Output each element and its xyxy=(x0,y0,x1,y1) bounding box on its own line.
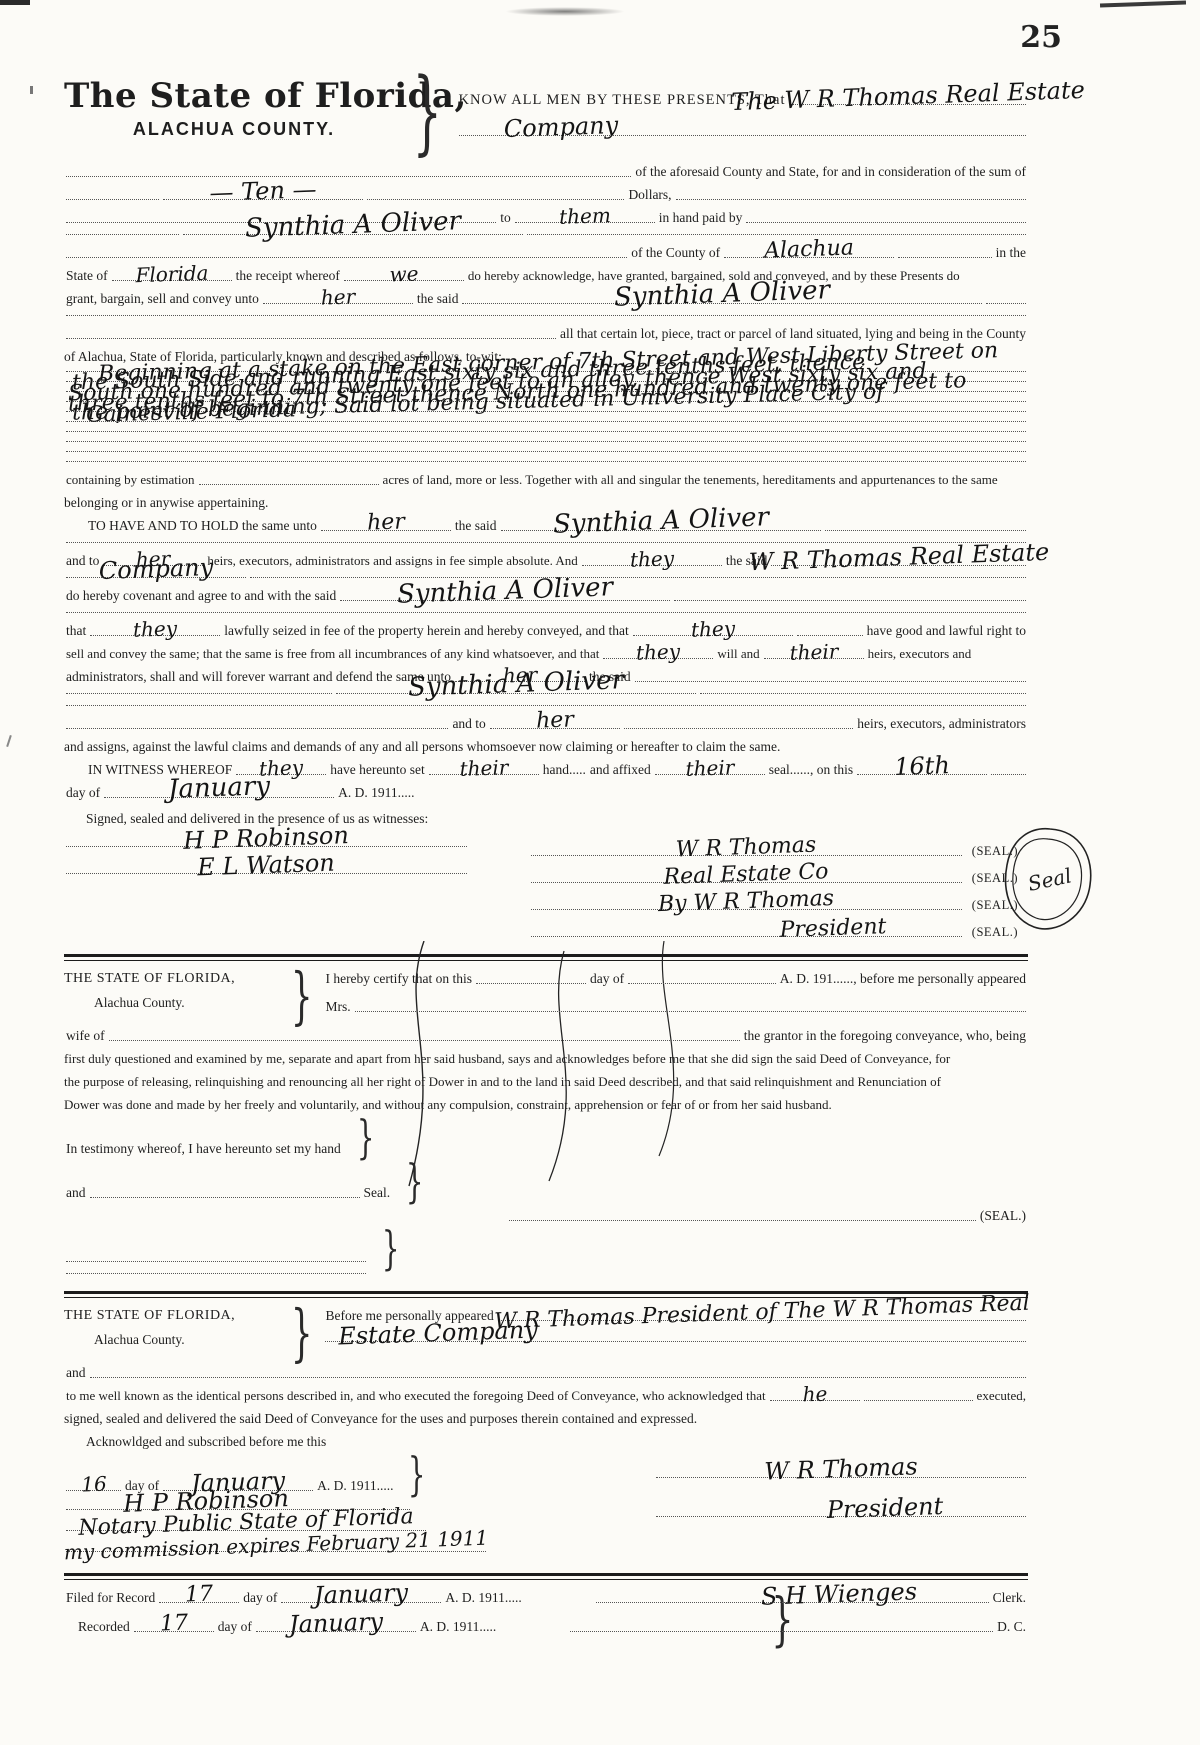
witness2-blank: E L Watson xyxy=(66,872,467,874)
heirs-text: heirs, executors, administrators and ass… xyxy=(205,553,579,569)
to-label: to xyxy=(498,210,513,226)
and-label: and xyxy=(64,1365,88,1381)
ack-text: Acknowldged and subscribed before me thi… xyxy=(64,1434,1028,1450)
form-line: (SEAL.) xyxy=(64,1208,1028,1224)
president-title-handwritten: President xyxy=(827,1494,944,1522)
form-line xyxy=(64,611,1028,616)
form-line xyxy=(64,1272,1028,1277)
that-label: that xyxy=(64,623,88,639)
seal-brace: } xyxy=(406,1164,424,1198)
form-line: containing by estimation acres of land, … xyxy=(64,472,1028,488)
testimony-text: In testimony whereof, I have hereunto se… xyxy=(64,1141,343,1157)
grantor-name-blank: The W R Thomas Real Estate xyxy=(790,103,1027,105)
header-left: The State of Florida, ALACHUA COUNTY. xyxy=(64,76,404,140)
seal-on-this-label: seal......, on this xyxy=(767,762,855,778)
notary2-state: THE STATE OF FLORIDA, xyxy=(64,1308,282,1324)
filed-day-handwritten: 17 xyxy=(185,1584,214,1607)
month-blank: January xyxy=(104,796,334,798)
filed-day-blank: 17 xyxy=(159,1601,239,1603)
form-line: — Ten — Dollars, xyxy=(64,187,1028,203)
tohave-grantee-blank: Synthia A Oliver xyxy=(501,529,821,531)
he-handwritten: he xyxy=(802,1384,827,1405)
form-line: I hereby certify that on this day of A. … xyxy=(323,971,1028,987)
header-brace: } xyxy=(413,76,442,148)
form-line: Synthia A Oliver xyxy=(64,692,1028,697)
dower-line2: the purpose of releasing, relinquishing … xyxy=(64,1074,1028,1090)
document-header: The State of Florida, ALACHUA COUNTY. } … xyxy=(64,0,1028,148)
sig4-blank: President xyxy=(531,935,962,937)
notary1-state: THE STATE OF FLORIDA, xyxy=(64,971,282,987)
dotted-rule xyxy=(66,1260,366,1262)
line-brace: } xyxy=(382,1231,400,1265)
dotted-rule xyxy=(66,440,1026,442)
scan-artifact xyxy=(1100,1,1186,8)
andto2-blank: her xyxy=(490,727,620,729)
dotted-rule xyxy=(476,982,586,984)
notary2-county: Alachua County. xyxy=(94,1332,282,1348)
sell-handwritten: they xyxy=(636,641,681,663)
seal-label: (SEAL.) xyxy=(964,897,1020,913)
dayof-label: day of xyxy=(216,1619,254,1635)
grantor-name-blank2: Company xyxy=(459,134,1026,136)
dotted-rule xyxy=(66,450,1026,452)
dotted-rule xyxy=(864,1399,973,1401)
grantor-signature3: By W R Thomas xyxy=(658,888,835,916)
ack-brace: } xyxy=(407,1457,425,1491)
tohave-grantee-handwritten: Synthia A Oliver xyxy=(552,504,769,538)
day-blank: 16th xyxy=(857,773,987,775)
dotted-rule xyxy=(797,634,863,636)
rec-month-handwritten: January xyxy=(288,1609,383,1636)
witness-blank3: their xyxy=(655,773,765,775)
form-line: President (SEAL.) xyxy=(529,924,1020,940)
form-line xyxy=(64,440,1028,445)
grantor-signature1: W R Thomas xyxy=(676,835,817,862)
notary1-venue: THE STATE OF FLORIDA, Alachua County. xyxy=(64,971,282,1011)
state-handwritten: Florida xyxy=(135,263,209,286)
in-hand-label: in hand paid by xyxy=(657,210,745,226)
form-line: day of January A. D. 1911..... xyxy=(64,785,1028,801)
notary2-right-column: W R Thomas President xyxy=(594,1450,1028,1555)
scan-artifact xyxy=(0,0,30,5)
month-handwritten: January xyxy=(168,773,271,803)
form-line: E L Watson xyxy=(64,872,469,877)
dotted-rule xyxy=(66,430,1026,432)
willand-blank: their xyxy=(764,657,864,659)
dotted-rule xyxy=(700,692,1026,694)
containing-label: containing by estimation xyxy=(64,472,197,488)
form-line: of the aforesaid County and State, for a… xyxy=(64,164,1028,180)
witness1-blank: H P Robinson xyxy=(66,845,467,847)
appeared-handwritten: W R Thomas President of The W R Thomas R… xyxy=(494,1293,1030,1334)
rec-day-handwritten: 17 xyxy=(159,1613,188,1636)
form-line: sell and convey the same; that the same … xyxy=(64,646,1028,662)
dower-line3: Dower was done and made by her freely an… xyxy=(64,1097,1028,1113)
clerk-sig-blank: S H Wienges xyxy=(596,1601,989,1603)
testimony-brace: } xyxy=(357,1120,375,1154)
notary2-venue: THE STATE OF FLORIDA, Alachua County. xyxy=(64,1308,282,1348)
scan-artifact xyxy=(6,735,12,747)
seized-text: lawfully seized in fee of the property h… xyxy=(222,623,630,639)
dotted-rule xyxy=(66,611,1026,613)
dotted-rule xyxy=(66,337,556,339)
willand-handwritten: their xyxy=(789,641,838,663)
county-subtitle: ALACHUA COUNTY. xyxy=(64,119,404,140)
agree-grantee-handwritten: Synthia A Oliver xyxy=(397,574,614,608)
warrant-text: administrators, shall and will forever w… xyxy=(64,669,453,685)
the-said-label: the said xyxy=(415,291,461,307)
form-line: my commission expires February 21 1911 xyxy=(64,1550,594,1555)
form-line: Synthia A Oliver xyxy=(64,233,1028,238)
section-divider xyxy=(64,954,1028,961)
ack-day-handwritten: 16 xyxy=(80,1474,106,1495)
dotted-rule xyxy=(570,1630,993,1632)
witness-handwritten2: their xyxy=(459,757,508,779)
form-line: TO HAVE AND TO HOLD the same unto her th… xyxy=(64,518,1028,534)
rec-month-blank: January xyxy=(256,1630,416,1632)
seal-label: (SEAL.) xyxy=(964,870,1020,886)
said-grantee-blank: Synthia A Oliver xyxy=(462,302,982,304)
seal-word-label: Seal. xyxy=(362,1185,393,1201)
grantor2-blank: W R Thomas Real Estate xyxy=(771,564,1026,566)
document-title: The State of Florida, xyxy=(64,76,404,116)
dower-line1: first duly questioned and examined by me… xyxy=(64,1051,1028,1067)
form-line xyxy=(64,314,1028,319)
dayof-label: day of xyxy=(241,1590,279,1606)
signed-text: signed, sealed and delivered the said De… xyxy=(64,1411,1028,1427)
receipt-handwritten: we xyxy=(389,264,419,285)
and-blank: they xyxy=(582,564,722,566)
dotted-rule xyxy=(635,680,1026,682)
form-line: Mrs. xyxy=(323,999,1028,1015)
known-text: to me well known as the identical person… xyxy=(64,1388,768,1404)
dotted-rule xyxy=(355,1010,1026,1012)
sig3-blank: By W R Thomas xyxy=(531,908,962,910)
paid-to-blank: them xyxy=(515,221,655,223)
grantor-company-handwritten: Company xyxy=(503,113,618,141)
page-number: 25 xyxy=(1020,20,1062,55)
deed-document-page: 25 The State of Florida, ALACHUA COUNTY.… xyxy=(0,0,1200,1745)
dayof-label: day of xyxy=(588,971,626,987)
scan-artifact xyxy=(505,7,625,16)
agree-grantee-blank: Synthia A Oliver xyxy=(340,599,670,601)
seal-label: (SEAL.) xyxy=(978,1208,1028,1224)
dotted-rule xyxy=(746,221,1026,223)
form-line: W R Thomas xyxy=(654,1476,1028,1481)
grantor-signatures: W R Thomas (SEAL.) Real Estate Co (SEAL.… xyxy=(529,831,1028,940)
form-line xyxy=(64,430,1028,435)
grant-text: grant, bargain, sell and convey unto xyxy=(64,291,261,307)
president-signature: W R Thomas xyxy=(764,1454,918,1483)
dotted-rule xyxy=(66,692,332,694)
and-handwritten: they xyxy=(629,548,674,570)
form-line xyxy=(64,460,1028,465)
aforesaid-text: of the aforesaid County and State, for a… xyxy=(633,164,1028,180)
tohave-text: TO HAVE AND TO HOLD the same unto xyxy=(86,518,319,534)
andto-label: and to xyxy=(64,553,101,569)
certify-text: I hereby certify that on this xyxy=(323,971,474,987)
dotted-rule xyxy=(66,175,631,177)
dayof-label: day of xyxy=(64,785,102,801)
sig2-blank: Real Estate Co xyxy=(531,881,962,883)
witness-signatures: H P Robinson E L Watson xyxy=(64,831,529,940)
dotted-rule xyxy=(66,314,1026,316)
said-grantee-handwritten: Synthia A Oliver xyxy=(614,277,831,311)
form-line: do hereby covenant and agree to and with… xyxy=(64,588,1028,604)
amount-handwritten: — Ten — xyxy=(210,177,318,205)
right-blank: they xyxy=(633,634,793,636)
form-line: W R Thomas (SEAL.) xyxy=(529,843,1020,859)
affixed-label: and affixed xyxy=(588,762,653,778)
seal-label: (SEAL.) xyxy=(964,924,1020,940)
notary1-county: Alachua County. xyxy=(94,995,282,1011)
right-text: have good and lawful right to xyxy=(865,623,1028,639)
form-line: State of Florida the receipt whereof we … xyxy=(64,268,1028,284)
seal-label: (SEAL.) xyxy=(964,843,1020,859)
form-line: Real Estate Co (SEAL.) xyxy=(529,870,1020,886)
day-handwritten: 16th xyxy=(894,753,950,779)
warrant-grantee-blank: Synthia A Oliver xyxy=(336,692,696,694)
unto-blank: her xyxy=(263,302,413,304)
form-line: that they lawfully seized in fee of the … xyxy=(64,623,1028,639)
clerk-label: Clerk. xyxy=(991,1590,1028,1606)
hand-label: hand..... xyxy=(541,762,588,778)
grantor-clause-text: the grantor in the foregoing conveyance,… xyxy=(742,1028,1028,1044)
dotted-rule xyxy=(624,727,853,729)
notary2-brace: } xyxy=(291,1308,313,1358)
form-line: and Seal. } xyxy=(64,1164,1028,1201)
notary2-left-column: 16 day of January A. D. 1911..... } H P … xyxy=(64,1450,594,1555)
filed-label: Filed for Record xyxy=(64,1590,157,1606)
form-line: Estate Company xyxy=(323,1340,1028,1345)
dotted-rule xyxy=(66,256,627,258)
county-blank: Alachua xyxy=(724,256,894,258)
dotted-rule xyxy=(986,302,1026,304)
acres-text: acres of land, more or less. Together wi… xyxy=(381,472,1000,488)
appeared2-blank: Estate Company xyxy=(325,1340,1026,1342)
description-line: Gainesville Florida xyxy=(64,420,1028,425)
dotted-rule xyxy=(825,529,1027,531)
form-line: to them in hand paid by xyxy=(64,210,1028,226)
form-line: all that certain lot, piece, tract or pa… xyxy=(64,326,1028,342)
scan-artifact xyxy=(30,86,33,94)
dotted-rule xyxy=(66,727,448,729)
andto2-handwritten: her xyxy=(536,709,574,732)
sell-blank: they xyxy=(603,657,713,659)
form-line xyxy=(64,450,1028,455)
president-sig-blank: W R Thomas xyxy=(656,1476,1026,1478)
witness-handwritten3: their xyxy=(685,757,734,779)
ad-label: A. D. 1911..... xyxy=(336,785,416,801)
amount-blank: — Ten — xyxy=(163,198,363,200)
ad-label: A. D. 1911..... xyxy=(443,1590,523,1606)
dotted-rule xyxy=(527,233,1026,235)
agree-text: do hereby covenant and agree to and with… xyxy=(64,588,338,604)
company-handwritten: Company xyxy=(98,555,213,583)
notary2-tail: 16 day of January A. D. 1911..... } H P … xyxy=(64,1450,1028,1555)
grantee-blank: Synthia A Oliver xyxy=(183,233,523,235)
dotted-rule xyxy=(250,576,1026,578)
clerk-signature: S H Wienges xyxy=(761,1579,918,1608)
the-said-label: the said xyxy=(453,518,499,534)
ack-day-blank: 16 xyxy=(66,1489,121,1491)
willand-label: will and xyxy=(715,646,761,662)
mrs-label: Mrs. xyxy=(323,999,352,1015)
dotted-rule xyxy=(628,982,776,984)
executed-label: executed, xyxy=(975,1388,1028,1404)
ad-appeared-text: A. D. 191......, before me personally ap… xyxy=(778,971,1028,987)
rec-day-blank: 17 xyxy=(134,1630,214,1632)
wifeof-label: wife of xyxy=(64,1028,107,1044)
dotted-rule xyxy=(66,233,179,235)
filed-month-blank: January xyxy=(281,1601,441,1603)
notary-dower-block: THE STATE OF FLORIDA, Alachua County. } … xyxy=(64,971,1028,1277)
form-line: Filed for Record 17 day of January A. D.… xyxy=(64,1590,1028,1606)
dotted-rule xyxy=(66,704,1026,706)
grantee-handwritten: Synthia A Oliver xyxy=(245,208,462,242)
claims-text: and assigns, against the lawful claims a… xyxy=(64,739,1028,755)
right-handwritten: they xyxy=(690,618,735,640)
seized-blank: they xyxy=(90,634,220,636)
dotted-rule xyxy=(66,1272,366,1274)
dotted-rule xyxy=(898,256,992,258)
dotted-rule xyxy=(109,1039,740,1041)
dotted-rule xyxy=(676,198,1026,200)
heirs2-text: heirs, executors and xyxy=(866,646,974,662)
belonging-text: belonging or in anywise appertaining. xyxy=(64,495,1028,511)
dotted-rule xyxy=(90,1376,1027,1378)
andto2-label: and to xyxy=(450,716,487,732)
form-line: President xyxy=(654,1515,1028,1520)
grantor-name-handwritten: The W R Thomas Real Estate xyxy=(731,78,1085,114)
form-line: } xyxy=(64,1231,1028,1265)
appeared-blank: W R Thomas President of The W R Thomas R… xyxy=(498,1319,1026,1321)
form-line: to me well known as the identical person… xyxy=(64,1388,1028,1404)
seized-handwritten: they xyxy=(133,618,178,640)
signature-block: H P Robinson E L Watson W R Thomas (SEAL… xyxy=(64,831,1028,940)
state-of-label: State of xyxy=(64,268,110,284)
warrant-grantee-handwritten: Synthia A Oliver xyxy=(408,667,625,701)
witness-blank2: their xyxy=(429,773,539,775)
tohave-handwritten: her xyxy=(367,511,405,534)
form-line: and to her heirs, executors, administrat… xyxy=(64,716,1028,732)
ad-label: A. D. 1911..... xyxy=(315,1478,395,1494)
unto-handwritten: her xyxy=(320,286,355,307)
dotted-rule xyxy=(199,483,379,485)
form-line: Recorded 17 day of January A. D. 1911...… xyxy=(64,1619,1028,1635)
form-line: and xyxy=(64,1365,1028,1381)
notary-corporate-block: THE STATE OF FLORIDA, Alachua County. } … xyxy=(64,1308,1028,1555)
he-blank: he xyxy=(770,1399,860,1401)
dotted-rule xyxy=(66,460,1026,462)
state-blank: Florida xyxy=(112,279,232,281)
grantor-signature2: Real Estate Co xyxy=(664,861,830,889)
filed-month-handwritten: January xyxy=(314,1580,409,1607)
dotted-rule xyxy=(66,198,159,200)
receipt-blank: we xyxy=(344,279,464,281)
sell-text: sell and convey the same; that the same … xyxy=(64,646,601,662)
commission-blank: my commission expires February 21 1911 xyxy=(66,1550,486,1552)
appeared2-handwritten: Estate Company xyxy=(337,1318,537,1349)
form-line: grant, bargain, sell and convey unto her… xyxy=(64,291,1028,307)
dotted-rule xyxy=(367,198,624,200)
dotted-rule xyxy=(509,1219,975,1221)
notary1-brace: } xyxy=(291,971,313,1021)
president-title-blank: President xyxy=(656,1515,1026,1517)
of-county-label: of the County of xyxy=(629,245,722,261)
county-handwritten: Alachua xyxy=(764,237,855,262)
sig1-blank: W R Thomas xyxy=(531,854,962,856)
heirs3-text: heirs, executors, administrators xyxy=(855,716,1028,732)
seal-word: Seal xyxy=(1026,863,1074,896)
form-line: of the County of Alachua in the xyxy=(64,245,1028,261)
form-line: wife of the grantor in the foregoing con… xyxy=(64,1028,1028,1044)
form-line: H P Robinson xyxy=(64,845,469,850)
receipt-label: the receipt whereof xyxy=(234,268,342,284)
grantor-signature4: President xyxy=(779,916,886,942)
header-right: KNOW ALL MEN BY THESE PRESENTS, That The… xyxy=(457,76,1028,139)
dotted-rule xyxy=(674,599,1026,601)
recording-block: } Filed for Record 17 day of January A. … xyxy=(64,1590,1028,1635)
dotted-rule xyxy=(991,773,1026,775)
form-line: By W R Thomas (SEAL.) xyxy=(529,897,1020,913)
dc-label: D. C. xyxy=(995,1619,1028,1635)
dotted-rule xyxy=(90,1196,360,1198)
company-blank: Company xyxy=(66,576,246,578)
dollars-label: Dollars, xyxy=(626,187,673,203)
in-the-label: in the xyxy=(994,245,1028,261)
presence-text: Signed, sealed and delivered in the pres… xyxy=(64,811,1028,827)
paid-to-handwritten: them xyxy=(559,205,611,227)
tohave-blank: her xyxy=(321,529,451,531)
description-handwritten: Gainesville Florida xyxy=(86,399,297,426)
ad-label: A. D. 1911..... xyxy=(418,1619,498,1635)
and-seal-label: and xyxy=(64,1185,88,1201)
witness2-signature: E L Watson xyxy=(197,851,335,880)
set-label: have hereunto set xyxy=(328,762,426,778)
form-line: In testimony whereof, I have hereunto se… xyxy=(64,1120,1028,1157)
recorded-label: Recorded xyxy=(64,1619,132,1635)
